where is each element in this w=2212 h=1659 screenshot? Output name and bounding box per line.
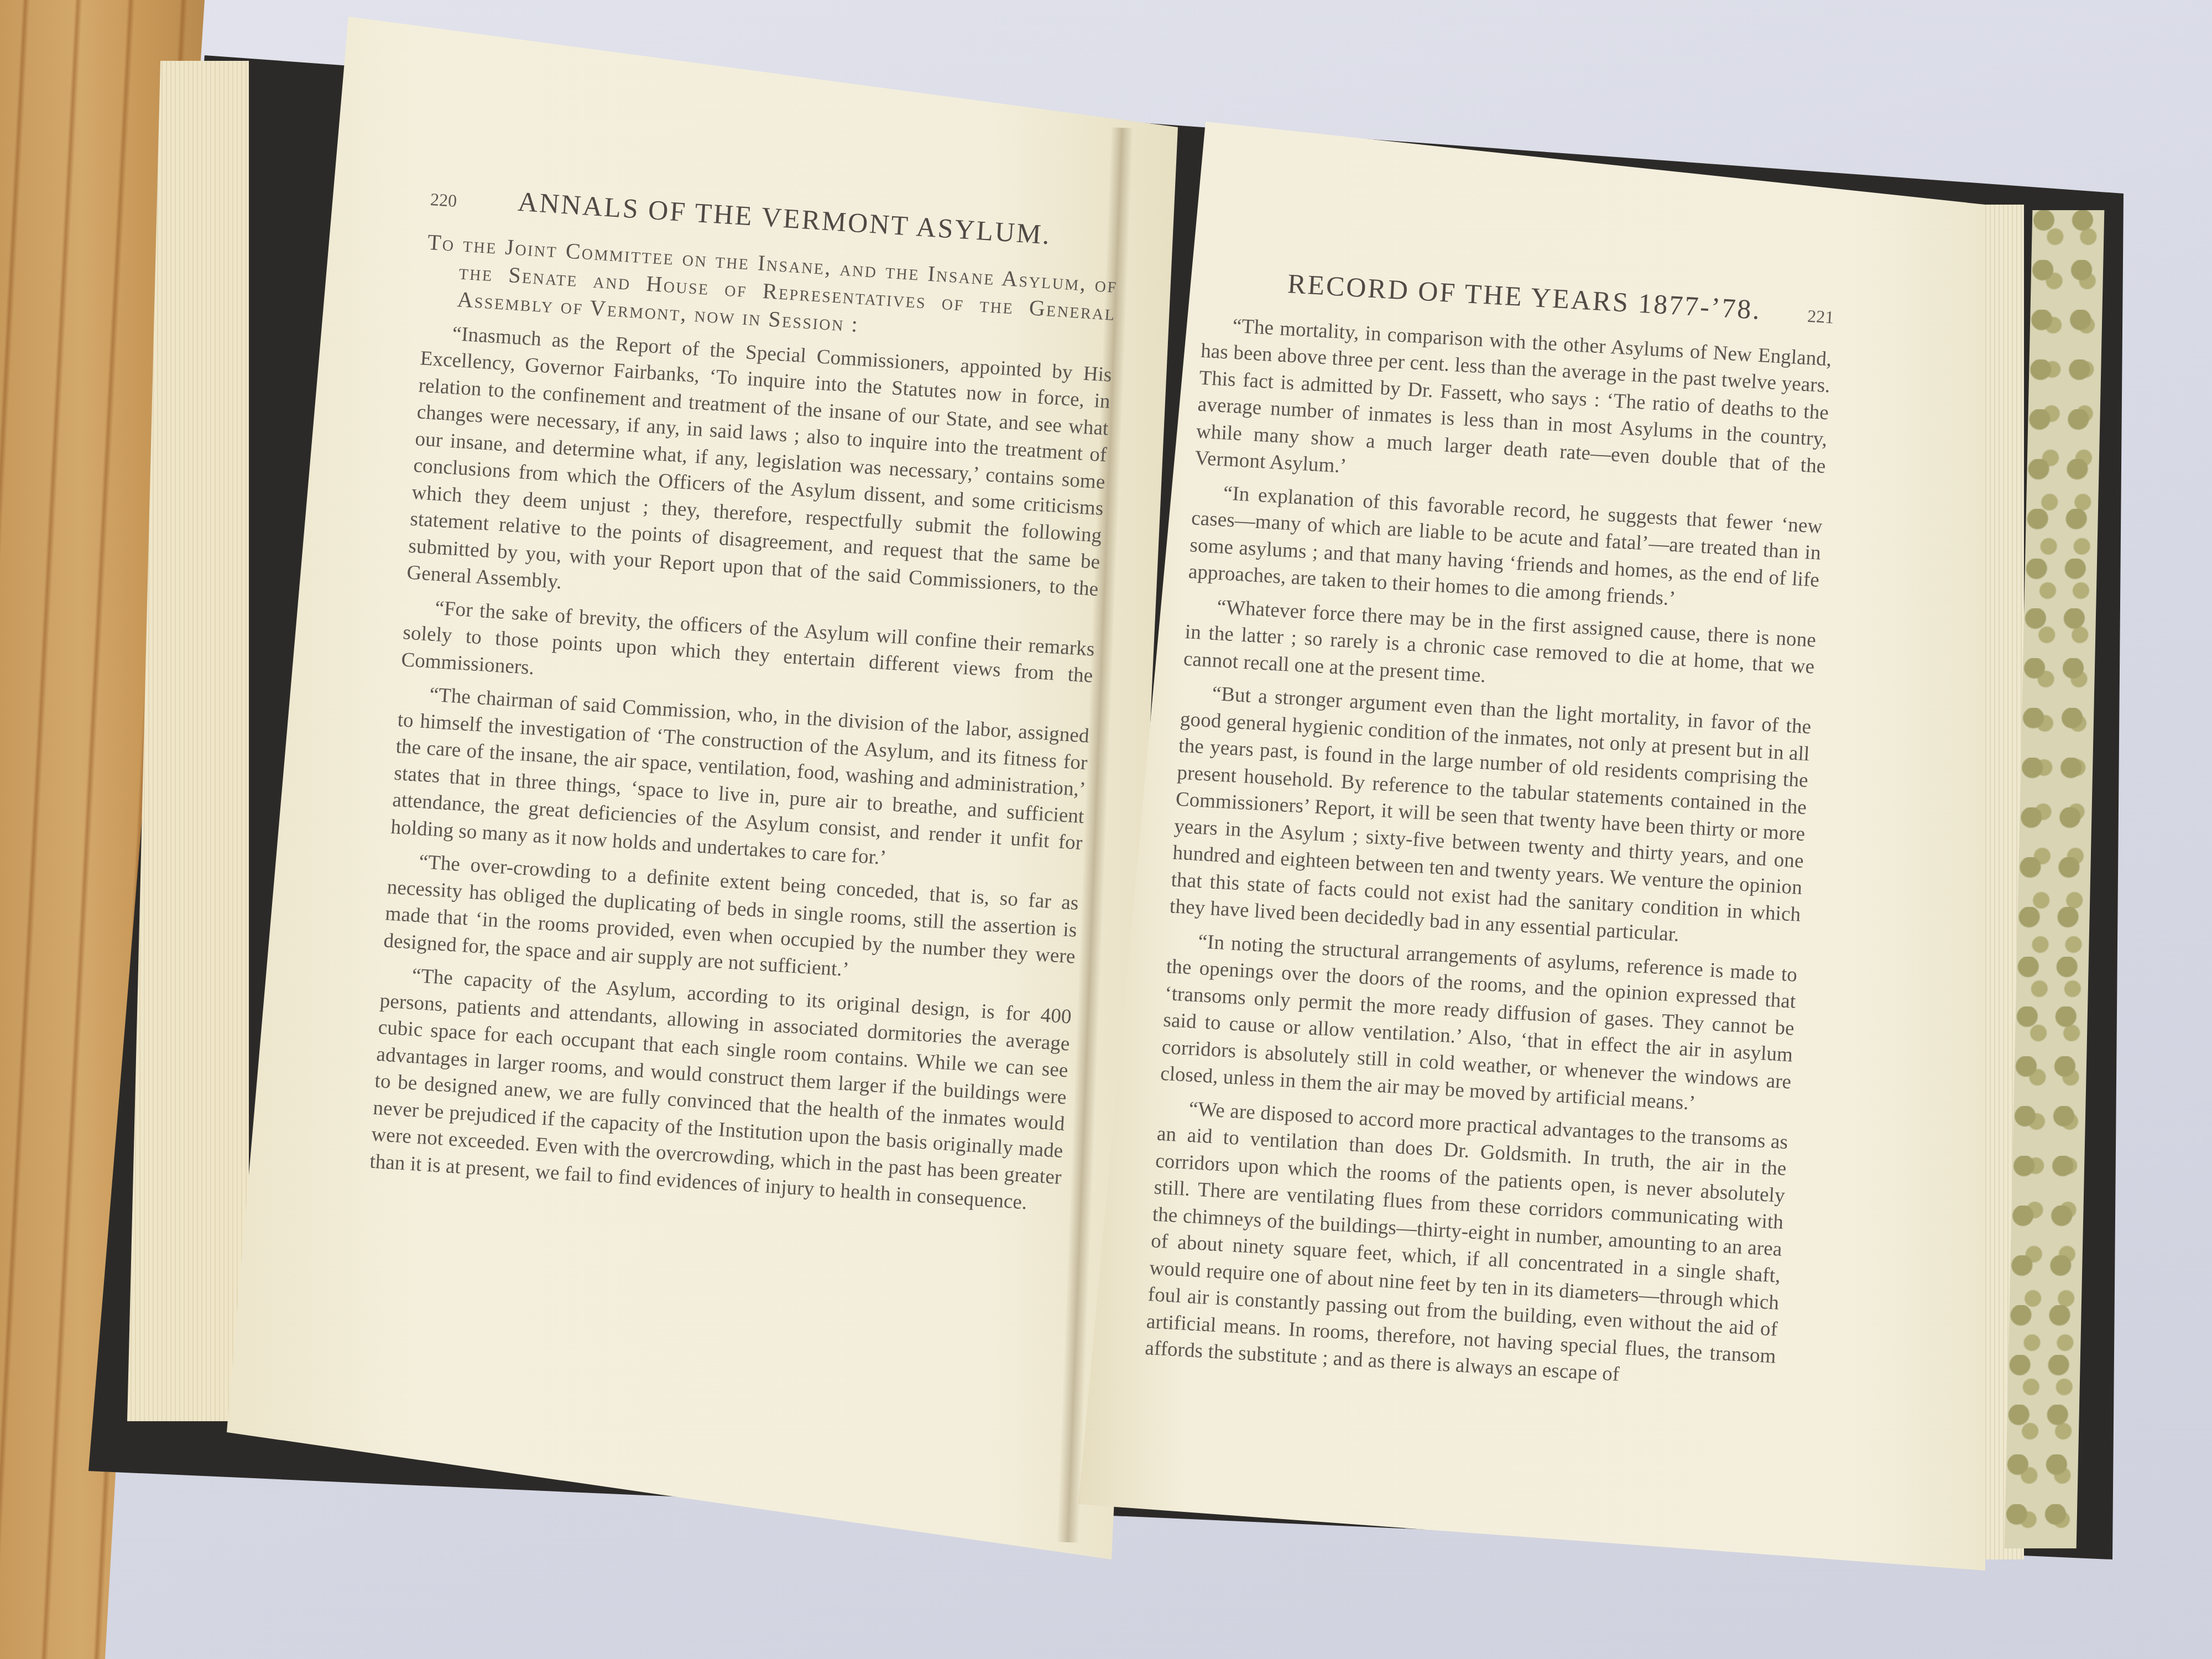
paragraph: “Inasmuch as the Report of the Special C…: [406, 319, 1113, 630]
paragraph: “The mortality, in comparison with the o…: [1194, 311, 1832, 507]
left-page-text: 220 ANNALS OF THE VERMONT ASYLUM. To the…: [368, 182, 1121, 1225]
paragraph: “We are disposed to accord more practica…: [1144, 1094, 1788, 1397]
paragraph: “In noting the structural arrangements o…: [1160, 927, 1798, 1123]
page-number: 221: [1807, 302, 1835, 331]
paragraph: “The capacity of the Asylum, according t…: [369, 961, 1072, 1218]
page-number: 220: [430, 186, 458, 214]
right-page-text: RECORD OF THE YEARS 1877-’78. 221 “The m…: [1144, 265, 1835, 1404]
paragraph: “But a stronger argument even than the l…: [1169, 679, 1812, 955]
